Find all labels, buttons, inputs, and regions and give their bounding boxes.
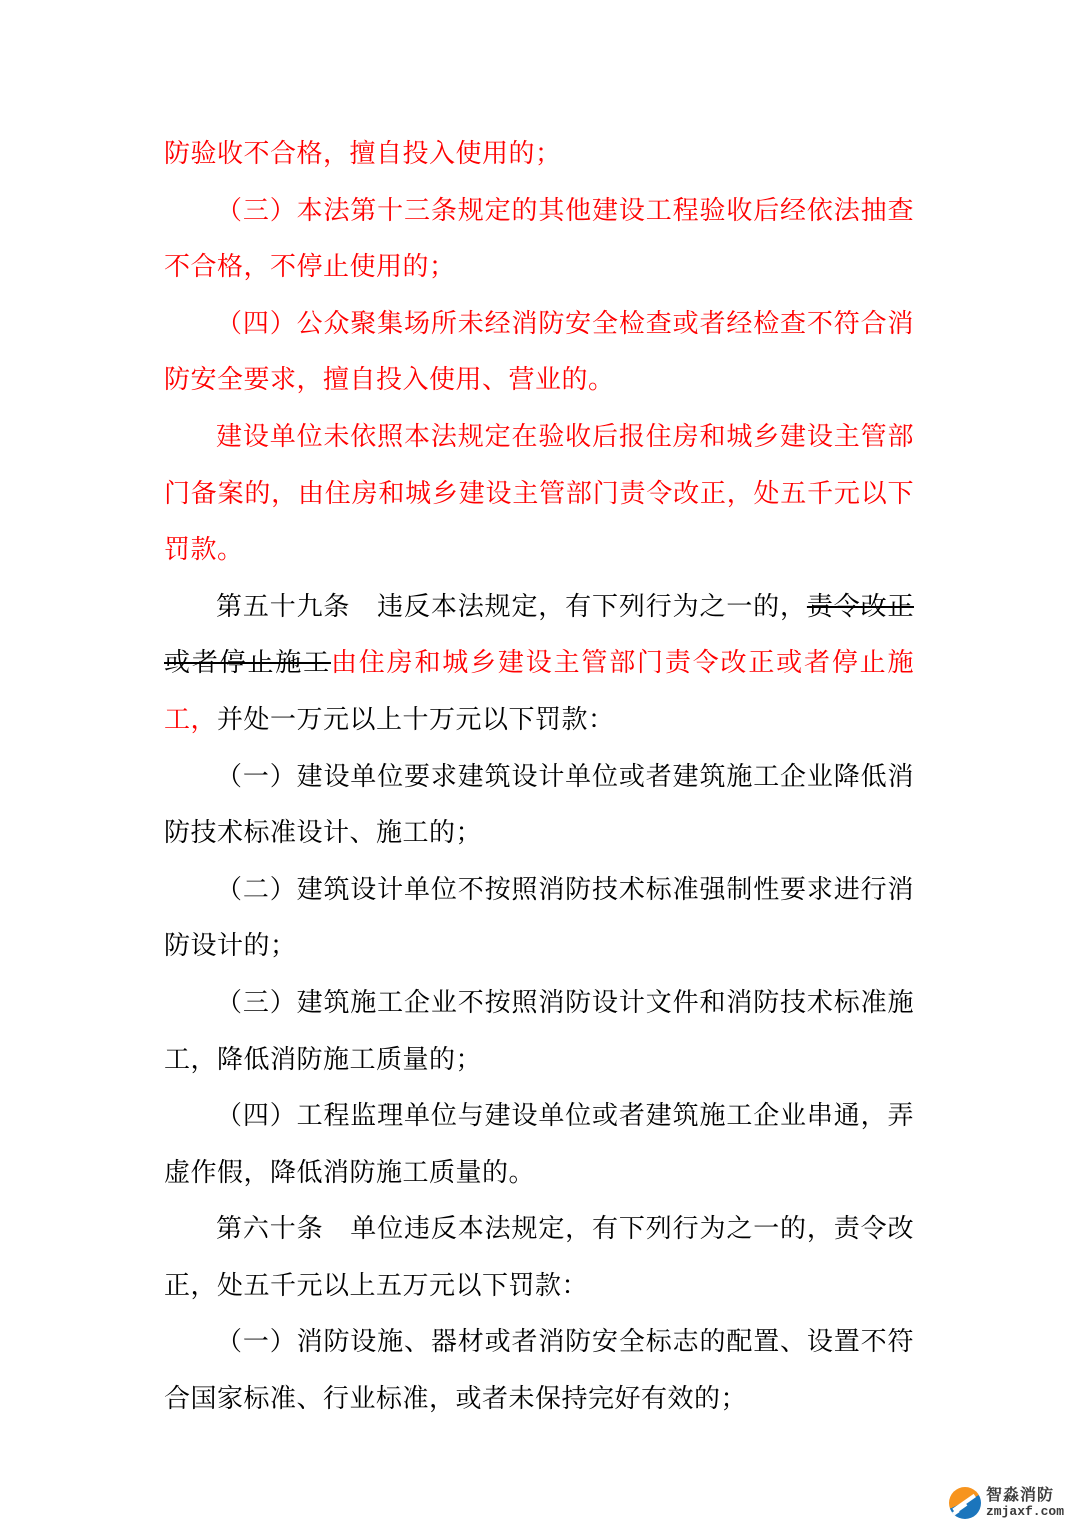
revision-text: 防验收不合格，擅自投入使用的； — [164, 139, 562, 168]
text-run: （一）建设单位要求建筑设计单位或者建筑施工企业降低消防技术标准设计、施工的； — [164, 762, 914, 848]
paragraph: （三）本法第十三条规定的其他建设工程验收后经依法抽查不合格，不停止使用的； — [164, 183, 914, 296]
paragraph: （三）建筑施工企业不按照消防设计文件和消防技术标准施工，降低消防施工质量的； — [164, 975, 914, 1088]
text-run: （一）消防设施、器材或者消防安全标志的配置、设置不符合国家标准、行业标准，或者未… — [164, 1327, 914, 1413]
paragraph: 防验收不合格，擅自投入使用的； — [164, 126, 914, 183]
text-run: 第六十条 单位违反本法规定，有下列行为之一的，责令改正，处五千元以上五万元以下罚… — [164, 1214, 914, 1300]
document-body: 防验收不合格，擅自投入使用的；（三）本法第十三条规定的其他建设工程验收后经依法抽… — [164, 126, 914, 1428]
paragraph: 第五十九条 违反本法规定，有下列行为之一的，责令改正或者停止施工由住房和城乡建设… — [164, 579, 914, 749]
text-run: （三）建筑施工企业不按照消防设计文件和消防技术标准施工，降低消防施工质量的； — [164, 988, 914, 1074]
text-run: 第五十九条 违反本法规定，有下列行为之一的， — [216, 592, 807, 621]
watermark-text-block: 智淼消防 zmjaxf.com — [986, 1488, 1064, 1518]
zhimiao-fire-logo-icon — [949, 1487, 981, 1519]
text-run: （二）建筑设计单位不按照消防技术标准强制性要求进行消防设计的； — [164, 875, 914, 961]
site-watermark: 智淼消防 zmjaxf.com — [949, 1487, 1064, 1519]
paragraph: （一）消防设施、器材或者消防安全标志的配置、设置不符合国家标准、行业标准，或者未… — [164, 1314, 914, 1427]
revision-text: （三）本法第十三条规定的其他建设工程验收后经依法抽查不合格，不停止使用的； — [164, 196, 914, 282]
revision-text: （四）公众聚集场所未经消防安全检查或者经检查不符合消防安全要求，擅自投入使用、营… — [164, 309, 914, 395]
text-run: （四）工程监理单位与建设单位或者建筑施工企业串通，弄虚作假，降低消防施工质量的。 — [164, 1101, 914, 1187]
paragraph: 第六十条 单位违反本法规定，有下列行为之一的，责令改正，处五千元以上五万元以下罚… — [164, 1201, 914, 1314]
paragraph: （一）建设单位要求建筑设计单位或者建筑施工企业降低消防技术标准设计、施工的； — [164, 749, 914, 862]
watermark-brand: 智淼消防 — [986, 1488, 1064, 1505]
paragraph: （二）建筑设计单位不按照消防技术标准强制性要求进行消防设计的； — [164, 862, 914, 975]
revision-text: 建设单位未依照本法规定在验收后报住房和城乡建设主管部门备案的，由住房和城乡建设主… — [164, 422, 914, 564]
text-run: 并处一万元以上十万元以下罚款： — [217, 705, 615, 734]
paragraph: 建设单位未依照本法规定在验收后报住房和城乡建设主管部门备案的，由住房和城乡建设主… — [164, 409, 914, 579]
document-page: 防验收不合格，擅自投入使用的；（三）本法第十三条规定的其他建设工程验收后经依法抽… — [0, 0, 1080, 1527]
paragraph: （四）公众聚集场所未经消防安全检查或者经检查不符合消防安全要求，擅自投入使用、营… — [164, 296, 914, 409]
watermark-domain: zmjaxf.com — [986, 1505, 1064, 1519]
paragraph: （四）工程监理单位与建设单位或者建筑施工企业串通，弄虚作假，降低消防施工质量的。 — [164, 1088, 914, 1201]
